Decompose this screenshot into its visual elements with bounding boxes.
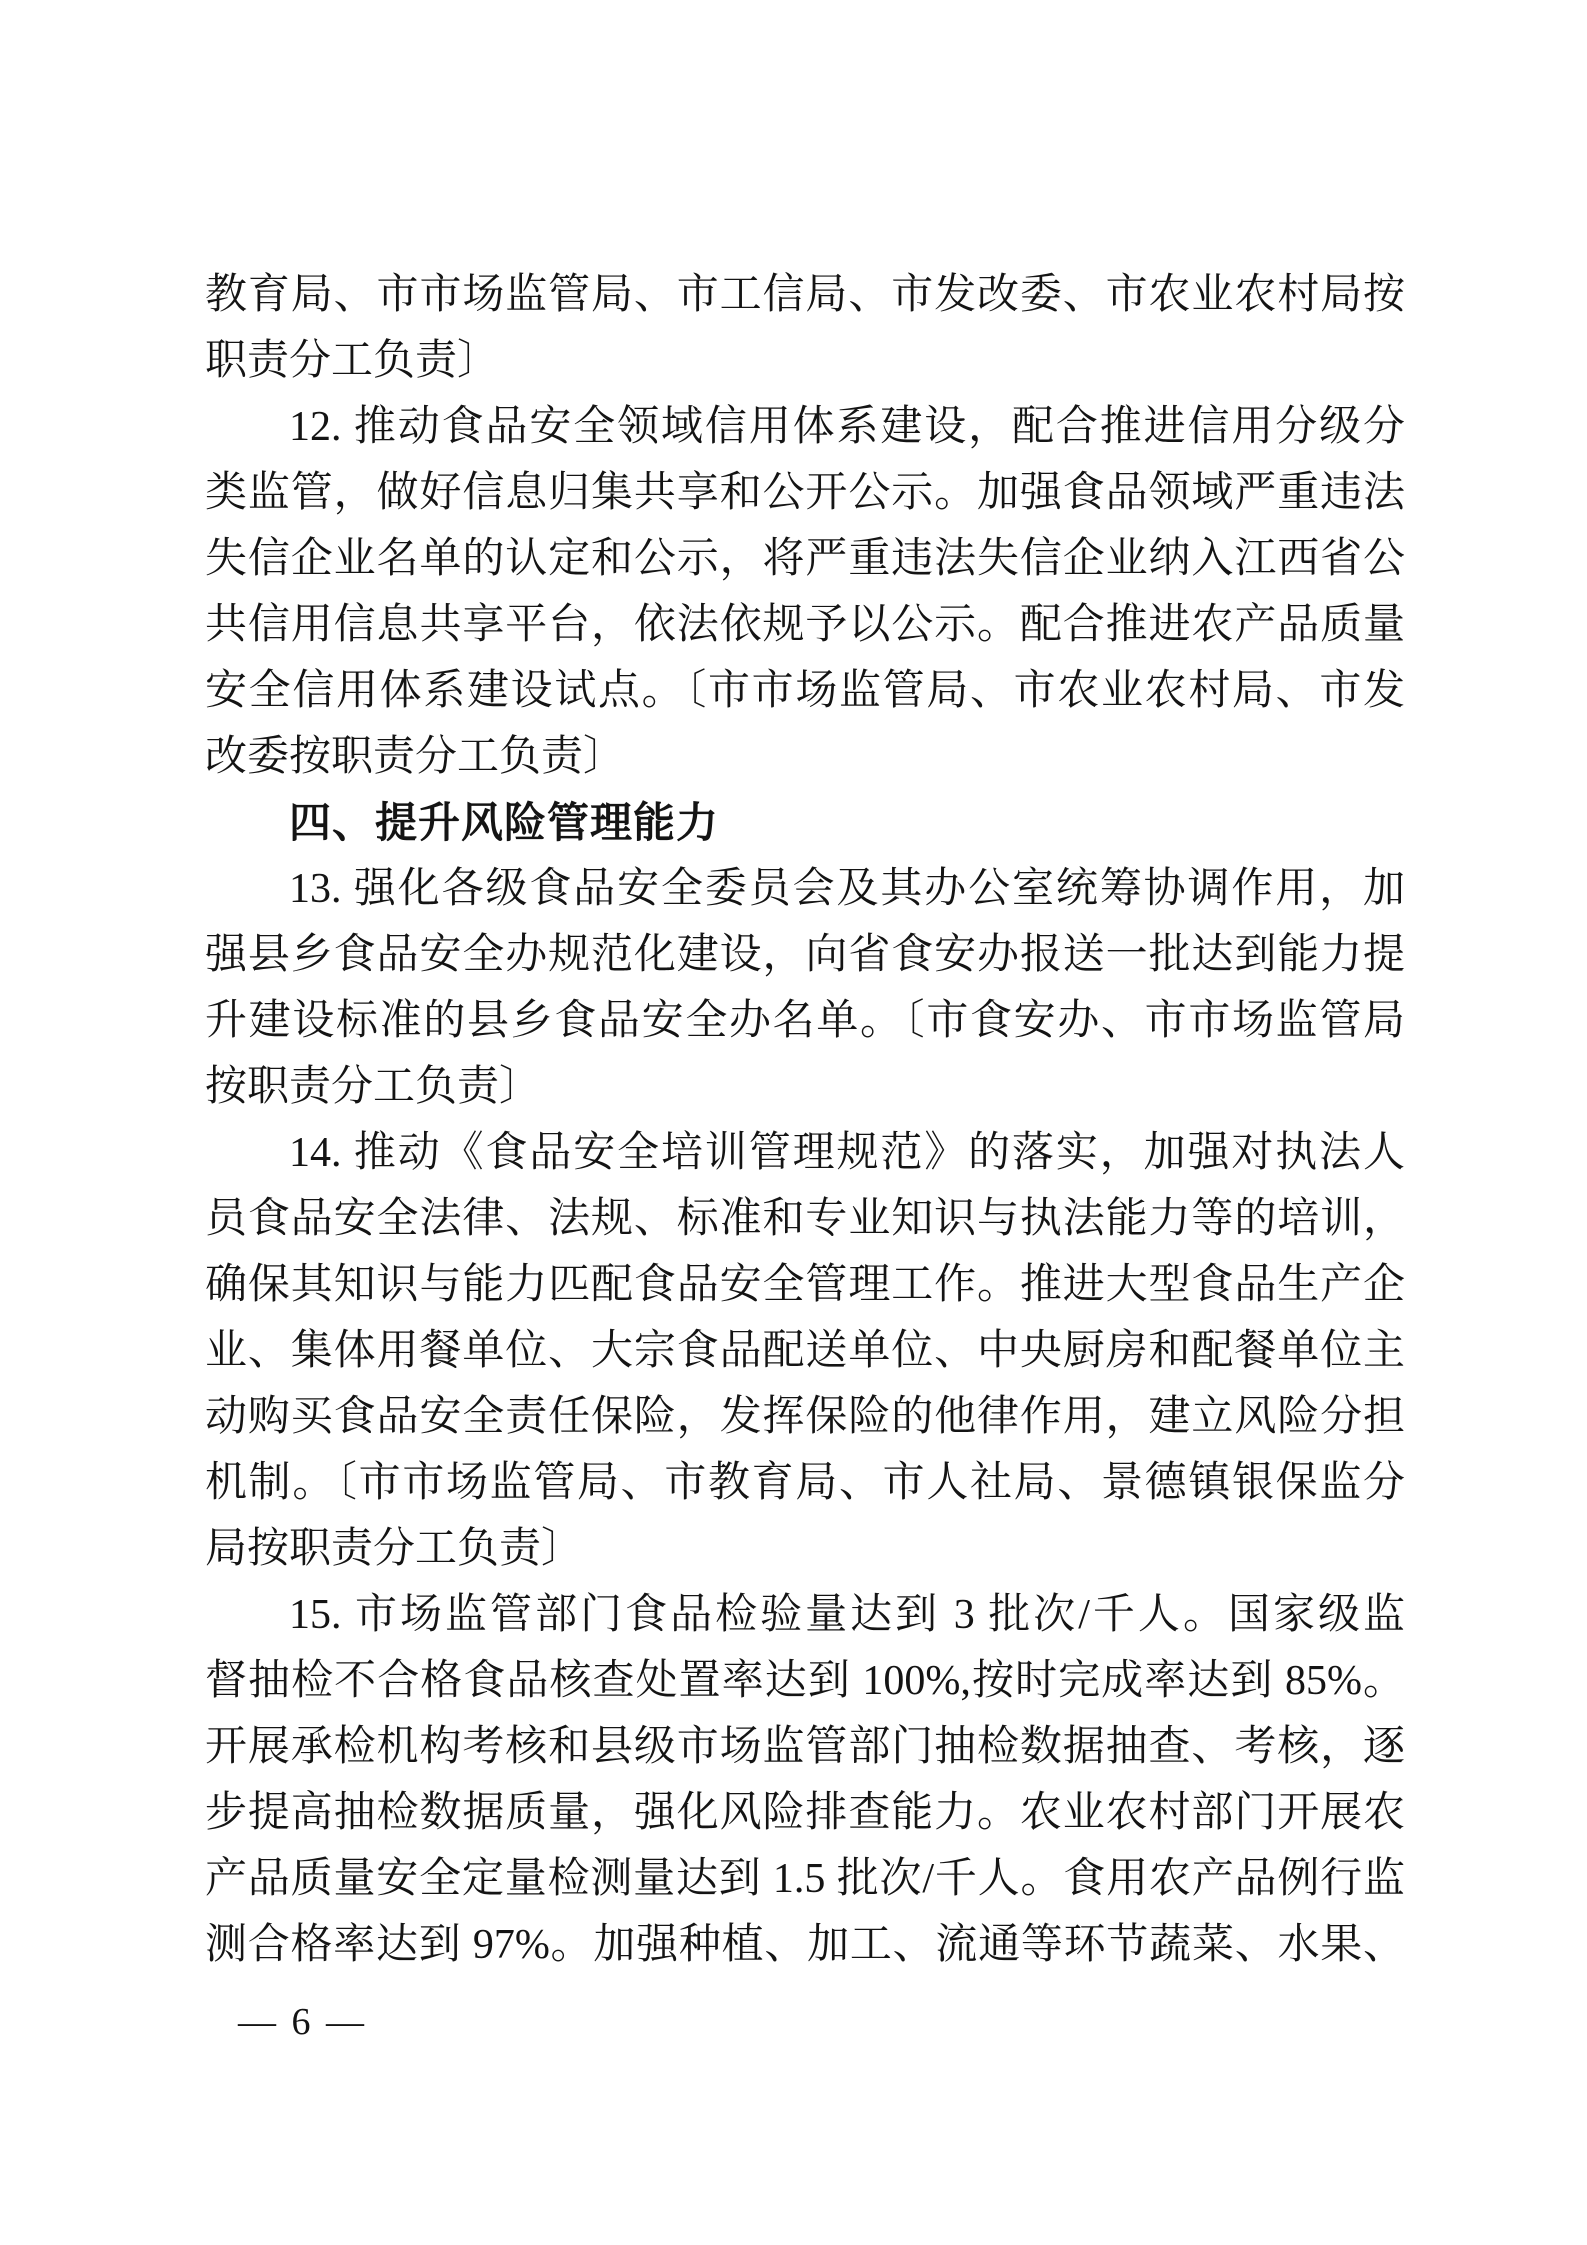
text-line: 类监管，做好信息归集共享和公开公示。加强食品领域严重违法 [205, 460, 1405, 526]
text-line: 动购买食品安全责任保险，发挥保险的他律作用，建立风险分担 [205, 1384, 1405, 1450]
text-line: 失信企业名单的认定和公示，将严重违法失信企业纳入江西省公 [205, 526, 1405, 592]
text-line: 升建设标准的县乡食品安全办名单。〔市食安办、市市场监管局 [205, 988, 1405, 1054]
text-line: 安全信用体系建设试点。〔市市场监管局、市农业农村局、市发 [205, 658, 1405, 724]
text-line: 共信用信息共享平台，依法依规予以公示。配合推进农产品质量 [205, 592, 1405, 658]
text-line: 强县乡食品安全办规范化建设，向省食安办报送一批达到能力提 [205, 922, 1405, 988]
text-line: 业、集体用餐单位、大宗食品配送单位、中央厨房和配餐单位主 [205, 1318, 1405, 1384]
text-line: 13. 强化各级食品安全委员会及其办公室统筹协调作用，加 [205, 856, 1405, 922]
text-line: 督抽检不合格食品核查处置率达到 100%,按时完成率达到 85%。 [205, 1648, 1405, 1714]
document-body: 教育局、市市场监管局、市工信局、市发改委、市农业农村局按职责分工负责〕12. 推… [205, 262, 1405, 1978]
text-line: 职责分工负责〕 [205, 328, 1405, 394]
text-line: 产品质量安全定量检测量达到 1.5 批次/千人。食用农产品例行监 [205, 1846, 1405, 1912]
text-line: 局按职责分工负责〕 [205, 1516, 1405, 1582]
text-line: 确保其知识与能力匹配食品安全管理工作。推进大型食品生产企 [205, 1252, 1405, 1318]
text-line: 按职责分工负责〕 [205, 1054, 1405, 1120]
text-line: 14. 推动《食品安全培训管理规范》的落实，加强对执法人 [205, 1120, 1405, 1186]
text-line: 改委按职责分工负责〕 [205, 724, 1405, 790]
text-line: 员食品安全法律、法规、标准和专业知识与执法能力等的培训， [205, 1186, 1405, 1252]
text-line: 12. 推动食品安全领域信用体系建设，配合推进信用分级分 [205, 394, 1405, 460]
text-line: 开展承检机构考核和县级市场监管部门抽检数据抽查、考核，逐 [205, 1714, 1405, 1780]
text-line: 步提高抽检数据质量，强化风险排查能力。农业农村部门开展农 [205, 1780, 1405, 1846]
document-page: 教育局、市市场监管局、市工信局、市发改委、市农业农村局按职责分工负责〕12. 推… [0, 0, 1587, 2245]
page-number: — 6 — [238, 2000, 367, 2044]
text-line: 教育局、市市场监管局、市工信局、市发改委、市农业农村局按 [205, 262, 1405, 328]
text-line: 15. 市场监管部门食品检验量达到 3 批次/千人。国家级监 [205, 1582, 1405, 1648]
text-line: 测合格率达到 97%。加强种植、加工、流通等环节蔬菜、水果、 [205, 1912, 1405, 1978]
text-line: 机制。〔市市场监管局、市教育局、市人社局、景德镇银保监分 [205, 1450, 1405, 1516]
section-heading: 四、提升风险管理能力 [205, 790, 1405, 856]
